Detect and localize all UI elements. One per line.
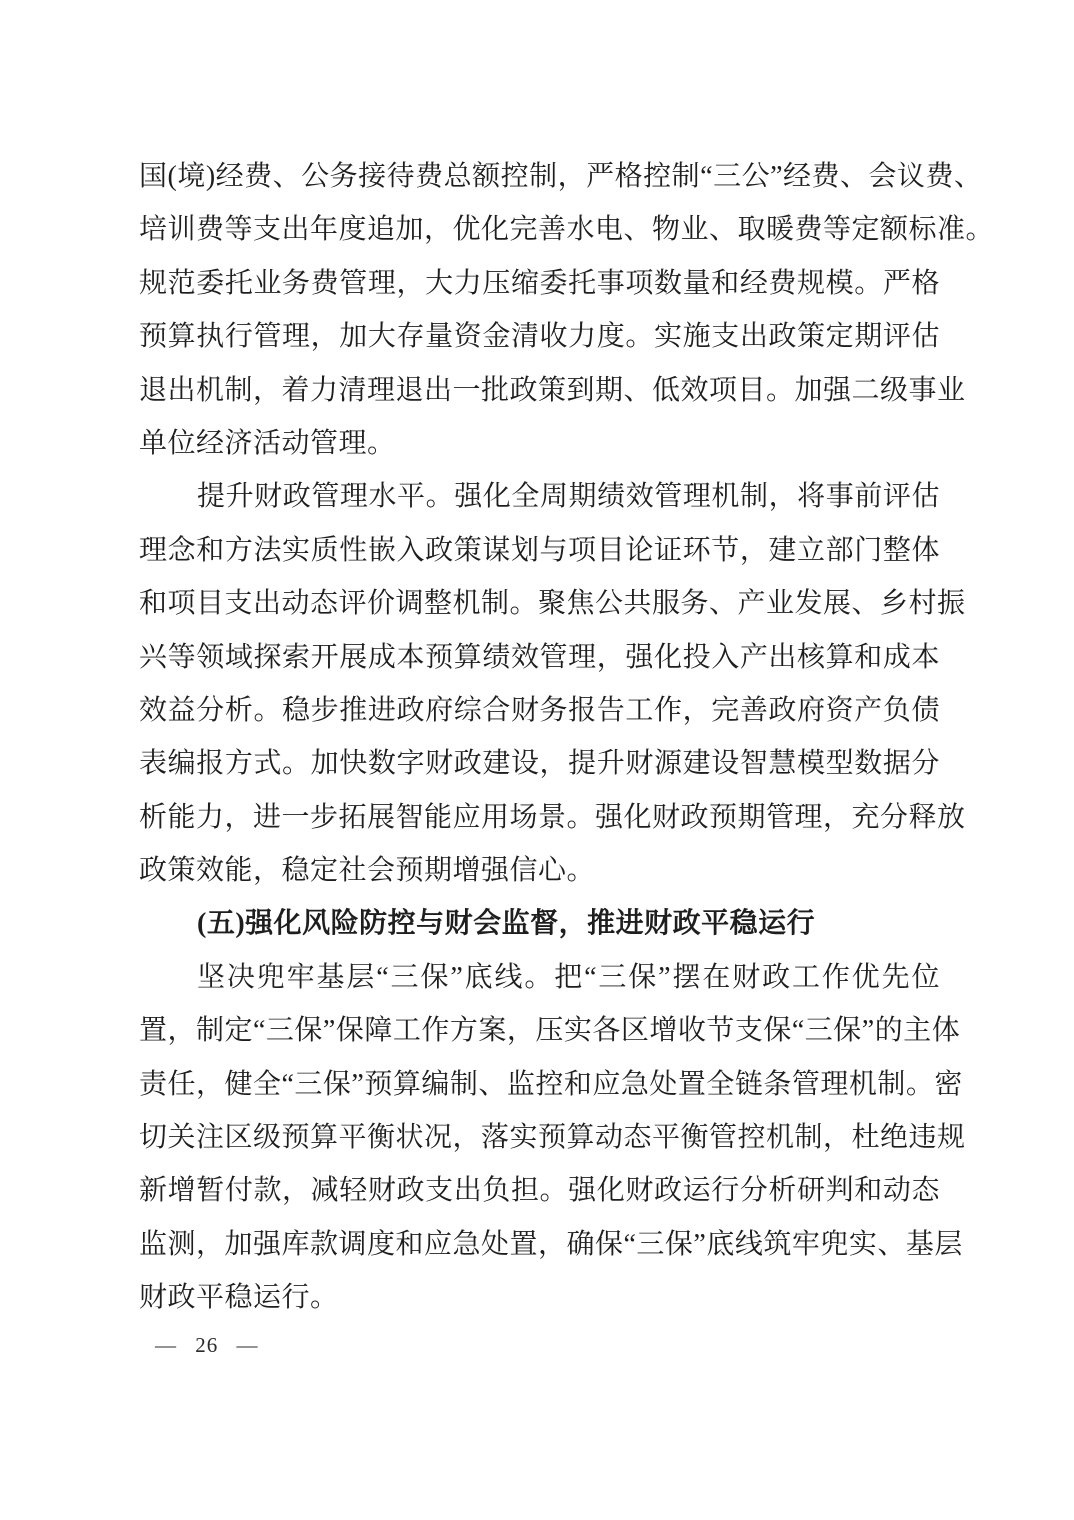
body-line: 培训费等支出年度追加，优化完善水电、物业、取暖费等定额标准。 xyxy=(139,203,940,256)
body-line: 财政平稳运行。 xyxy=(139,1271,940,1324)
body-line: 责任，健全“三保”预算编制、监控和应急处置全链条管理机制。密 xyxy=(139,1058,940,1111)
paragraph-1: 国(境)经费、公务接待费总额控制，严格控制“三公”经费、会议费、 培训费等支出年… xyxy=(139,150,940,470)
page-number: — 26 — xyxy=(155,1331,259,1359)
body-line: 监测，加强库款调度和应急处置，确保“三保”底线筑牢兜实、基层 xyxy=(139,1218,940,1271)
body-line: 析能力，进一步拓展智能应用场景。强化财政预期管理，充分释放 xyxy=(139,791,940,844)
section-heading: (五)强化风险防控与财会监督，推进财政平稳运行 xyxy=(139,897,940,950)
body-line: 坚决兜牢基层“三保”底线。把“三保”摆在财政工作优先位 xyxy=(139,951,940,1004)
body-line: 兴等领域探索开展成本预算绩效管理，强化投入产出核算和成本 xyxy=(139,631,940,684)
body-line: 新增暂付款，减轻财政支出负担。强化财政运行分析研判和动态 xyxy=(139,1164,940,1217)
body-line: 置，制定“三保”保障工作方案，压实各区增收节支保“三保”的主体 xyxy=(139,1004,940,1057)
body-line: 退出机制，着力清理退出一批政策到期、低效项目。加强二级事业 xyxy=(139,364,940,417)
body-line: 效益分析。稳步推进政府综合财务报告工作，完善政府资产负债 xyxy=(139,684,940,737)
paragraph-3: 坚决兜牢基层“三保”底线。把“三保”摆在财政工作优先位 置，制定“三保”保障工作… xyxy=(139,951,940,1325)
body-line: 理念和方法实质性嵌入政策谋划与项目论证环节，建立部门整体 xyxy=(139,524,940,577)
body-line: 国(境)经费、公务接待费总额控制，严格控制“三公”经费、会议费、 xyxy=(139,150,940,203)
paragraph-2: 提升财政管理水平。强化全周期绩效管理机制，将事前评估 理念和方法实质性嵌入政策谋… xyxy=(139,470,940,897)
body-line: 预算执行管理，加大存量资金清收力度。实施支出政策定期评估 xyxy=(139,310,940,363)
body-line: 切关注区级预算平衡状况，落实预算动态平衡管控机制，杜绝违规 xyxy=(139,1111,940,1164)
body-line: 规范委托业务费管理，大力压缩委托事项数量和经费规模。严格 xyxy=(139,257,940,310)
body-line: 政策效能，稳定社会预期增强信心。 xyxy=(139,844,940,897)
document-page: 国(境)经费、公务接待费总额控制，严格控制“三公”经费、会议费、 培训费等支出年… xyxy=(0,0,1074,1520)
body-line: 单位经济活动管理。 xyxy=(139,417,940,470)
body-line: 和项目支出动态评价调整机制。聚焦公共服务、产业发展、乡村振 xyxy=(139,577,940,630)
body-line: 表编报方式。加快数字财政建设，提升财源建设智慧模型数据分 xyxy=(139,737,940,790)
document-body: 国(境)经费、公务接待费总额控制，严格控制“三公”经费、会议费、 培训费等支出年… xyxy=(139,150,940,1325)
body-line: 提升财政管理水平。强化全周期绩效管理机制，将事前评估 xyxy=(139,470,940,523)
